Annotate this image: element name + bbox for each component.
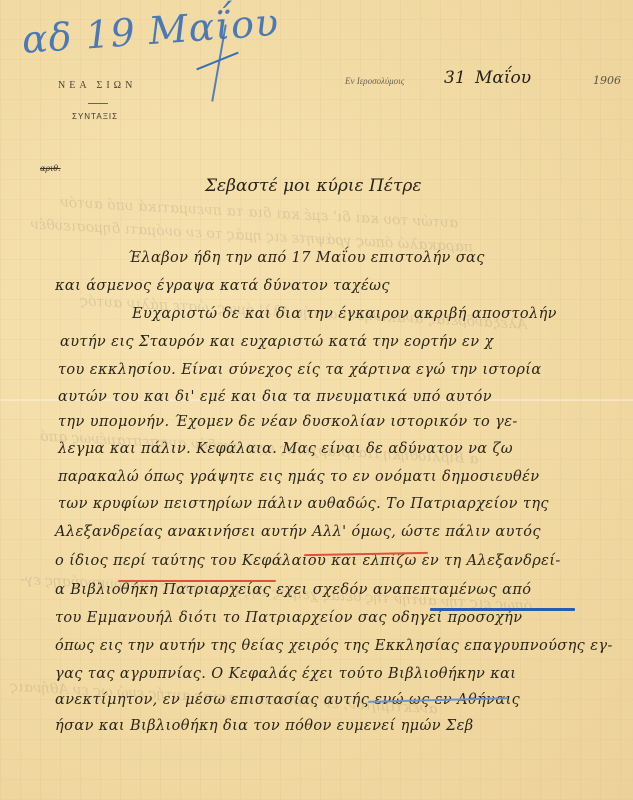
body-line: λεγμα και πάλιν. Κεφάλαια. Μας είναι δε … xyxy=(58,441,513,457)
letterhead-rule xyxy=(88,103,108,104)
body-line: και άσμενος έγραψα κατά δύνατον ταχέως xyxy=(55,278,390,294)
blue-underline xyxy=(430,608,575,611)
body-line: ήσαν και Βιβλιοθήκη δια τον πόθον ευμενε… xyxy=(55,718,474,734)
struck-out-mark: αριθ. xyxy=(40,164,61,173)
archive-annotation: αδ 19 Μαΐου xyxy=(20,0,280,62)
body-line: παρακαλώ όπως γράψητε εις ημάς το εν ονό… xyxy=(58,469,540,485)
body-line: του Εμμανουήλ διότι το Πατριαρχείον σας … xyxy=(55,610,522,626)
body-line: όπως εις την αυτήν της θείας χειρός της … xyxy=(55,638,613,654)
dateline: Εν Ιεροσολύμοις 31 Μαΐου 1906 xyxy=(345,68,625,92)
body-line: την υπομονήν. Έχομεν δε νέαν δυσκολίαν ι… xyxy=(58,414,518,430)
dateline-year: 1906 xyxy=(593,74,621,87)
dateline-place: Εν Ιεροσολύμοις xyxy=(345,76,404,86)
body-line: αυτήν εις Σταυρόν και ευχαριστώ κατά την… xyxy=(60,334,494,350)
body-line: των κρυφίων πειστηρίων πάλιν αυθαδώς. Το… xyxy=(58,496,549,512)
body-line: γας τας αγρυπνίας. Ο Κεφαλάς έχει τούτο … xyxy=(55,666,516,682)
dateline-day: 31 xyxy=(444,68,466,88)
letter-page: αυτών του και δι' εμέ και δια τα πνευματ… xyxy=(0,0,633,800)
body-line: Ευχαριστώ δε και δια την έγκαιρον ακριβή… xyxy=(132,306,557,322)
body-line: Έλαβον ήδη την από 17 Μαΐου επιστολήν σα… xyxy=(128,250,485,266)
dateline-month: Μαΐου xyxy=(475,68,531,88)
body-line: α Βιβλιοθήκη Πατριαρχείας εχει σχεδόν αν… xyxy=(55,582,531,598)
salutation: Σεβαστέ μοι κύριε Πέτρε xyxy=(205,176,421,196)
letterhead-subtitle: ΣΥΝΤΑΞΙΣ xyxy=(72,112,118,121)
body-line: του εκκλησίου. Είναι σύνεχος είς τα χάρτ… xyxy=(58,362,542,378)
body-line: Αλεξανδρείας ανακινήσει αυτήν Αλλ' όμως,… xyxy=(55,524,541,540)
body-line: αυτών του και δι' εμέ και δια τα πνευματ… xyxy=(58,389,492,405)
letterhead-title: ΝΕΑ ΣΙΩΝ xyxy=(58,80,136,91)
red-underline xyxy=(118,580,276,582)
